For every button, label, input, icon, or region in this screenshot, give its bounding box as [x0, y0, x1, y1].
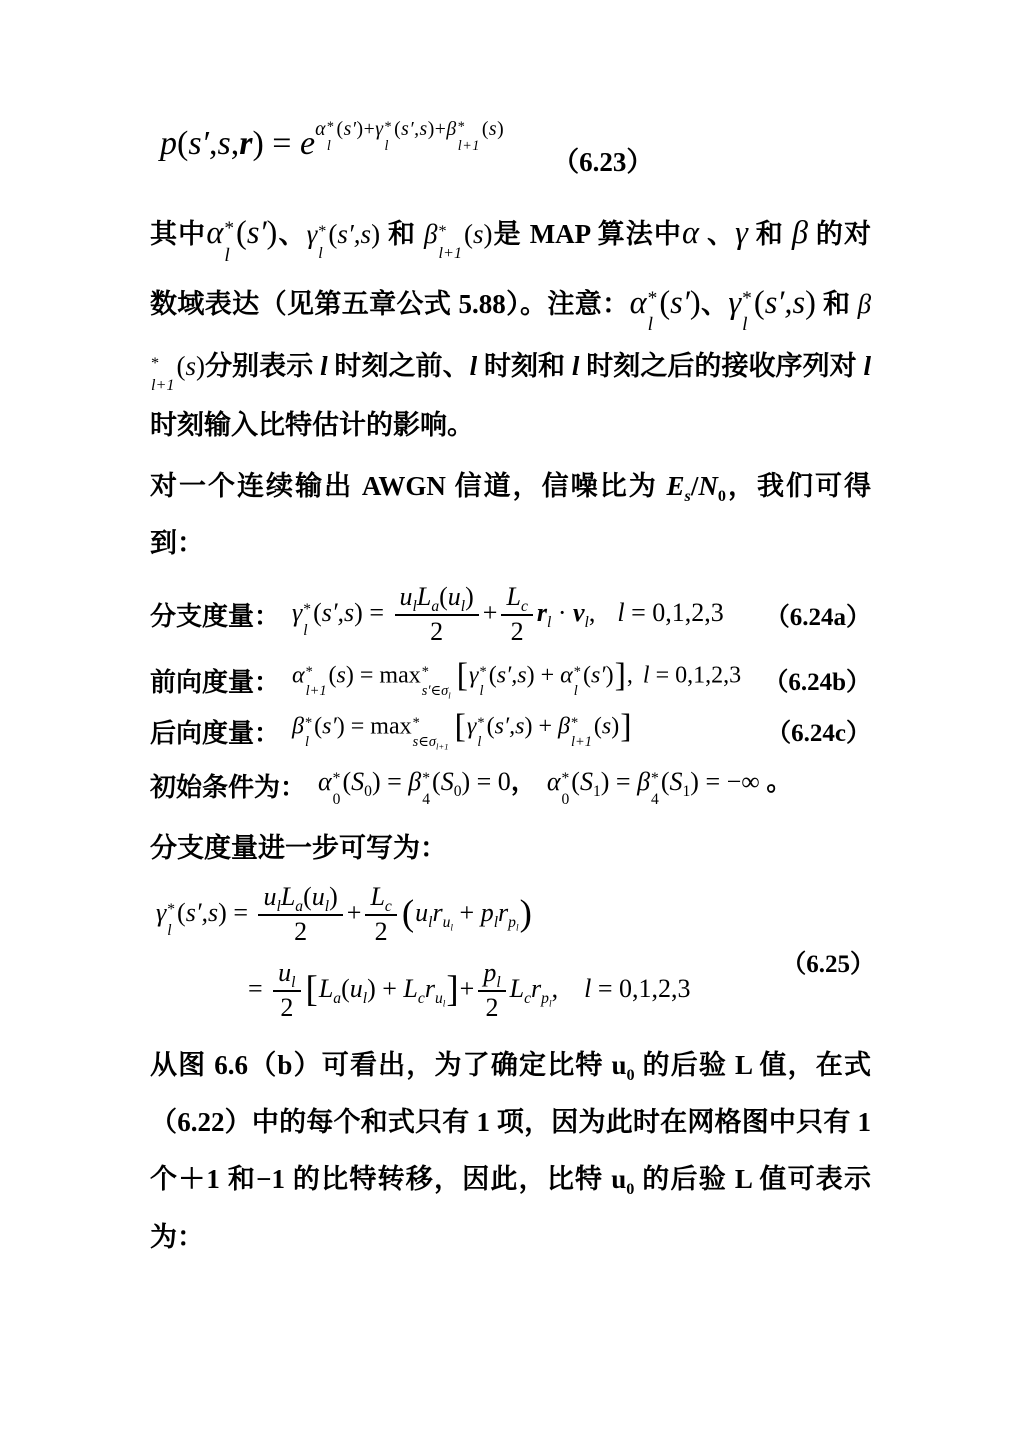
equation-6-24b: 前向度量： α*l+1(s) = max*s′∈σl[γ*l(s′,s) + α…	[150, 659, 871, 702]
equation-6-24c: 后向度量： β*l(s′) = max*s∈σl+1[γ*l(s′,s) + β…	[150, 710, 871, 753]
formula-6-25-line1: γ*l(s′,s) = ulLa(ul)2+Lc2(ulrul + plrpl)	[156, 881, 871, 949]
equation-initial-conditions: 初始条件为： α*0(S0) = β*4(S0) = 0，α*0(S1) = β…	[150, 761, 871, 810]
formula-6-24b: α*l+1(s) = max*s′∈σl[γ*l(s′,s) + α*l(s′)…	[292, 659, 741, 702]
document-page: p(s′,s,r) = eα*l(s′)+γ*l(s′,s)+β*l+1(s) …	[0, 0, 1019, 1440]
equation-number-6-24b: （6.24b）	[755, 662, 871, 698]
equation-number-6-25: （6.25）	[781, 944, 875, 980]
equation-6-23: p(s′,s,r) = eα*l(s′)+γ*l(s′,s)+β*l+1(s) …	[160, 118, 871, 179]
equation-number-6-23: （6.23）	[552, 140, 653, 179]
formula-initial-conditions: α*0(S0) = β*4(S0) = 0，α*0(S1) = β*4(S1) …	[318, 761, 792, 810]
formula-6-25-line2: = ul2[La(ul) + Lcrul]+pl2Lcrpl,l = 0,1,2…	[248, 957, 871, 1025]
paragraph-log-domain-explanation: 其中α*l(s′)、γ*l(s′,s) 和 β*l+1(s)是 MAP 算法中α…	[150, 199, 871, 454]
equation-label-branch-metric: 分支度量：	[150, 596, 280, 633]
formula-6-24a: γ*l(s′,s) = ulLa(ul)2+Lc2rl · vl,l = 0,1…	[292, 581, 724, 649]
equation-number-6-24c: （6.24c）	[758, 713, 871, 749]
paragraph-awgn-channel: 对一个连续输出 AWGN 信道，信噪比为 Es/N0，我们可得到：	[150, 458, 871, 572]
paragraph-figure-6-6-discussion: 从图 6.6（b）可看出，为了确定比特 u0 的后验 L 值，在式（6.22）中…	[150, 1037, 871, 1266]
equation-label-backward-metric: 后向度量：	[150, 713, 280, 750]
equation-number-6-24a: （6.24a）	[757, 597, 871, 633]
formula-6-23: p(s′,s,r) = eα*l(s′)+γ*l(s′,s)+β*l+1(s)	[160, 118, 504, 163]
formula-6-24c: β*l(s′) = max*s∈σl+1[γ*l(s′,s) + β*l+1(s…	[292, 710, 633, 753]
line-branch-metric-rewrite: 分支度量进一步可写为：	[150, 820, 871, 877]
equation-label-forward-metric: 前向度量：	[150, 662, 280, 699]
equation-6-25: γ*l(s′,s) = ulLa(ul)2+Lc2(ulrul + plrpl)…	[156, 881, 871, 1025]
equation-6-24a: 分支度量： γ*l(s′,s) = ulLa(ul)2+Lc2rl · vl,l…	[150, 581, 871, 649]
equation-label-initial-conditions: 初始条件为：	[150, 767, 306, 804]
